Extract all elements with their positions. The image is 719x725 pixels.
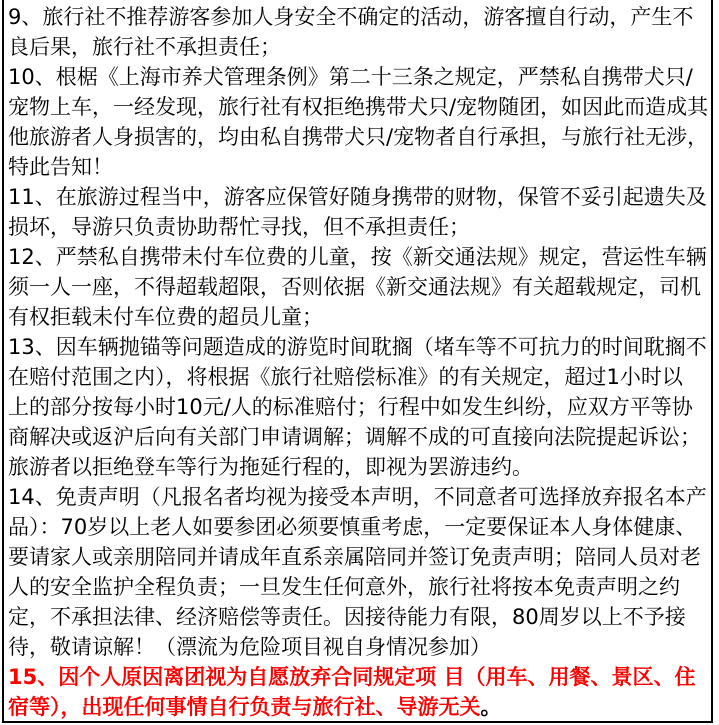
text-line: 品）：70岁以上老人如要参团必须要慎重考虑，一定要保证本人身体健康、 bbox=[8, 512, 711, 542]
text-line: 旅游者以拒绝登车等行为拖延行程的，即视为罢游违约。 bbox=[8, 452, 711, 482]
text-line: 12、严禁私自携带未付车位费的儿童，按《新交通法规》规定，营运性车辆 bbox=[8, 242, 711, 272]
text-line: 待，敬请谅解！（漂流为危险项目视自身情况参加） bbox=[8, 632, 711, 662]
text-line: 9、旅行社不推荐游客参加人身安全不确定的活动，游客擅自行动，产生不 bbox=[8, 2, 711, 32]
text-line: 有权拒载未付车位费的超员儿童； bbox=[8, 302, 711, 332]
text-line: 10、根椐《上海市养犬管理条例》第二十三条之规定，严禁私自携带犬只/ bbox=[8, 62, 711, 92]
emphasis-text-line: 15、因个人原因离团视为自愿放弃合同规定项 目（用车、用餐、景区、住 bbox=[8, 662, 711, 692]
text-line: 在赔付范围之内），将根据《旅行社赔偿标准》的有关规定，超过1小时以 bbox=[8, 362, 711, 392]
text-line: 他旅游者人身损害的，均由私自携带犬只/宠物者自行承担，与旅行社无涉， bbox=[8, 122, 711, 152]
emphasis-text-period: 。 bbox=[481, 695, 502, 719]
text-line: 要请家人或亲朋陪同并请成年直系亲属陪同并签订免责声明；陪同人员对老 bbox=[8, 542, 711, 572]
text-line: 良后果，旅行社不承担责任； bbox=[8, 32, 711, 62]
terms-text-cell: 9、旅行社不推荐游客参加人身安全不确定的活动，游客擅自行动，产生不 良后果，旅行… bbox=[2, 0, 713, 723]
text-line: 14、免责声明（凡报名者均视为接受本声明，不同意者可选择放弃报名本产 bbox=[8, 482, 711, 512]
text-line: 损坏，导游只负责协助帮忙寻找，但不承担责任； bbox=[8, 212, 711, 242]
text-line: 须一人一座，不得超载超限，否则依据《新交通法规》有关超载规定，司机 bbox=[8, 272, 711, 302]
emphasis-text-red: 宿等），出现任何事情自行负责与旅行社、导游无关 bbox=[8, 695, 481, 719]
text-line: 人的安全监护全程负责；一旦发生任何意外，旅行社将按本免责声明之约 bbox=[8, 572, 711, 602]
emphasis-text-line: 宿等），出现任何事情自行负责与旅行社、导游无关。 bbox=[8, 692, 711, 722]
text-line: 11、在旅游过程当中，游客应保管好随身携带的财物，保管不妥引起遗失及 bbox=[8, 182, 711, 212]
text-line: 商解决或返沪后向有关部门申请调解；调解不成的可直接向法院提起诉讼； bbox=[8, 422, 711, 452]
text-line: 特此告知！ bbox=[8, 152, 711, 182]
text-line: 宠物上车，一经发现，旅行社有权拒绝携带犬只/宠物随团，如因此而造成其 bbox=[8, 92, 711, 122]
text-line: 上的部分按每小时10元/人的标准赔付；行程中如发生纠纷，应双方平等协 bbox=[8, 392, 711, 422]
text-line: 定，不承担法律、经济赔偿等责任。因接待能力有限，80周岁以上不予接 bbox=[8, 602, 711, 632]
text-line: 13、因车辆抛锚等问题造成的游览时间耽搁（堵车等不可抗力的时间耽搁不 bbox=[8, 332, 711, 362]
